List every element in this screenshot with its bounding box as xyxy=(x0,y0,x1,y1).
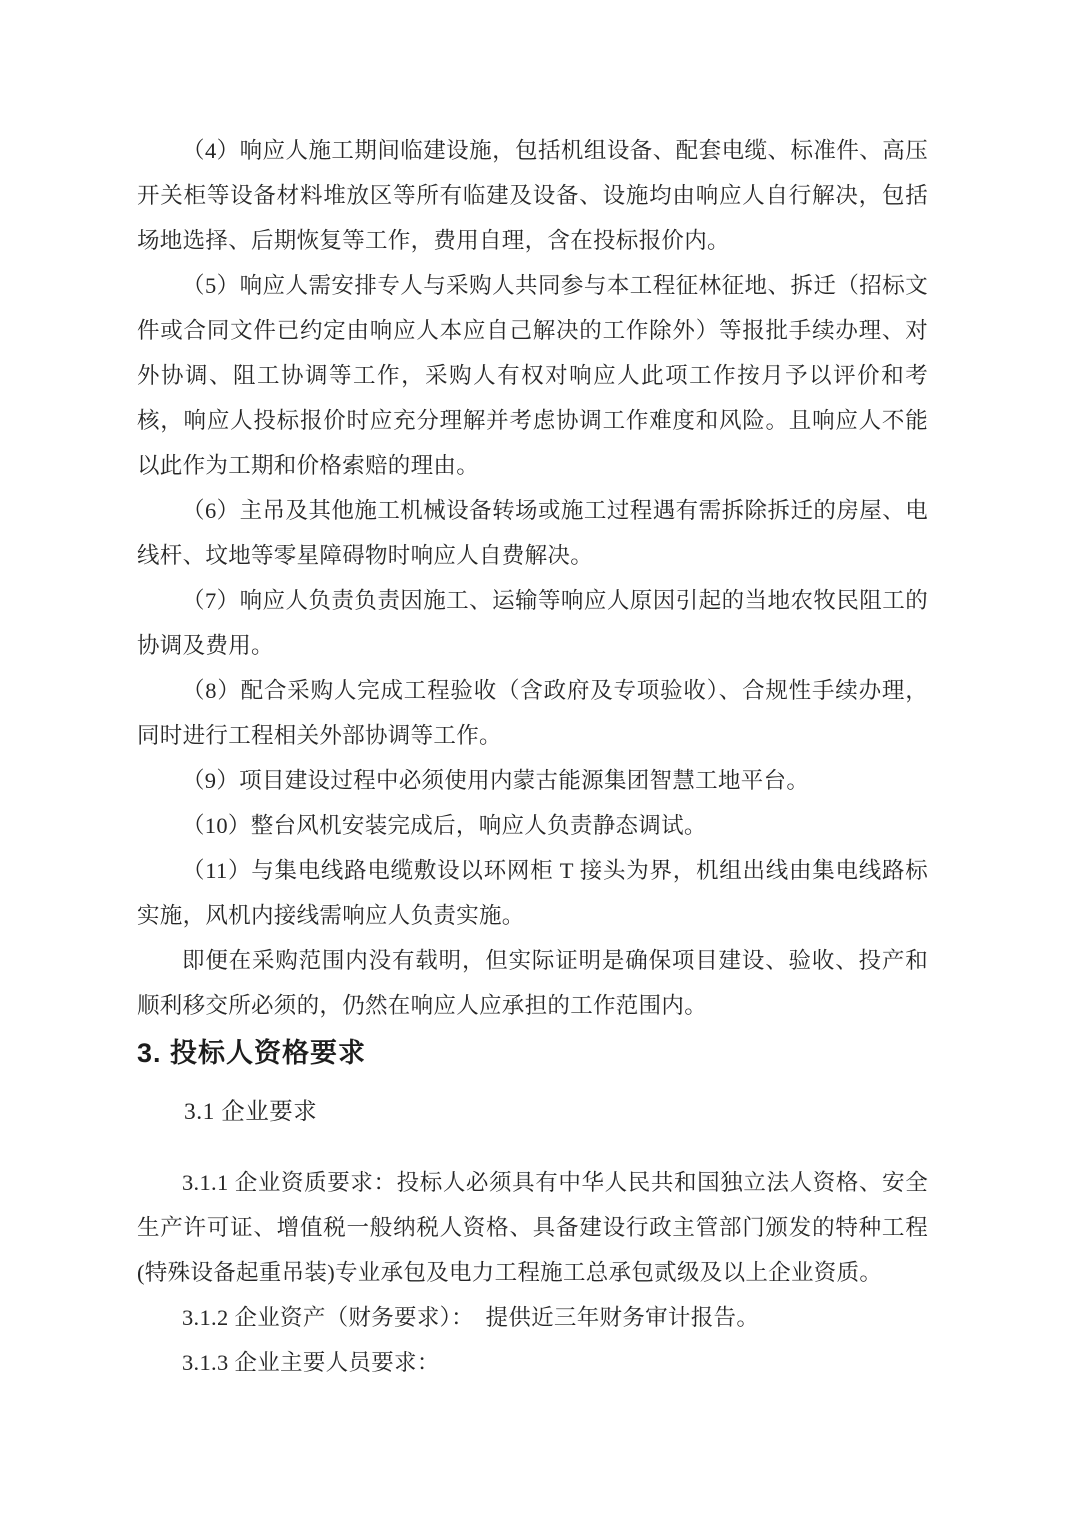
document-page: （4）响应人施工期间临建设施，包括机组设备、配套电缆、标准件、高压开关柜等设备材… xyxy=(0,0,1080,1527)
paragraph-qualification-3-1-1: 3.1.1 企业资质要求：投标人必须具有中华人民共和国独立法人资格、安全生产许可… xyxy=(137,1160,928,1295)
sub-heading-enterprise-requirements: 3.1 企业要求 xyxy=(137,1090,928,1135)
paragraph-qualification-3-1-3: 3.1.3 企业主要人员要求： xyxy=(137,1340,928,1385)
paragraph-item-7: （7）响应人负责负责因施工、运输等响应人原因引起的当地农牧民阻工的协调及费用。 xyxy=(137,578,928,668)
paragraph-closing: 即便在采购范围内没有载明，但实际证明是确保项目建设、验收、投产和顺利移交所必须的… xyxy=(137,938,928,1028)
paragraph-qualification-3-1-2: 3.1.2 企业资产（财务要求）： 提供近三年财务审计报告。 xyxy=(137,1295,928,1340)
document-content: （4）响应人施工期间临建设施，包括机组设备、配套电缆、标准件、高压开关柜等设备材… xyxy=(137,128,928,1385)
paragraph-item-4: （4）响应人施工期间临建设施，包括机组设备、配套电缆、标准件、高压开关柜等设备材… xyxy=(137,128,928,263)
paragraph-item-8: （8）配合采购人完成工程验收（含政府及专项验收）、合规性手续办理，同时进行工程相… xyxy=(137,668,928,758)
paragraph-item-5: （5）响应人需安排专人与采购人共同参与本工程征林征地、拆迁（招标文件或合同文件已… xyxy=(137,263,928,488)
paragraph-item-11: （11）与集电线路电缆敷设以环网柜 T 接头为界，机组出线由集电线路标实施，风机… xyxy=(137,848,928,938)
paragraph-item-9: （9）项目建设过程中必须使用内蒙古能源集团智慧工地平台。 xyxy=(137,758,928,803)
paragraph-item-6: （6）主吊及其他施工机械设备转场或施工过程遇有需拆除拆迁的房屋、电线杆、坟地等零… xyxy=(137,488,928,578)
section-heading-bidder-qualification: 3. 投标人资格要求 xyxy=(137,1028,928,1078)
paragraph-item-10: （10）整台风机安装完成后，响应人负责静态调试。 xyxy=(137,803,928,848)
